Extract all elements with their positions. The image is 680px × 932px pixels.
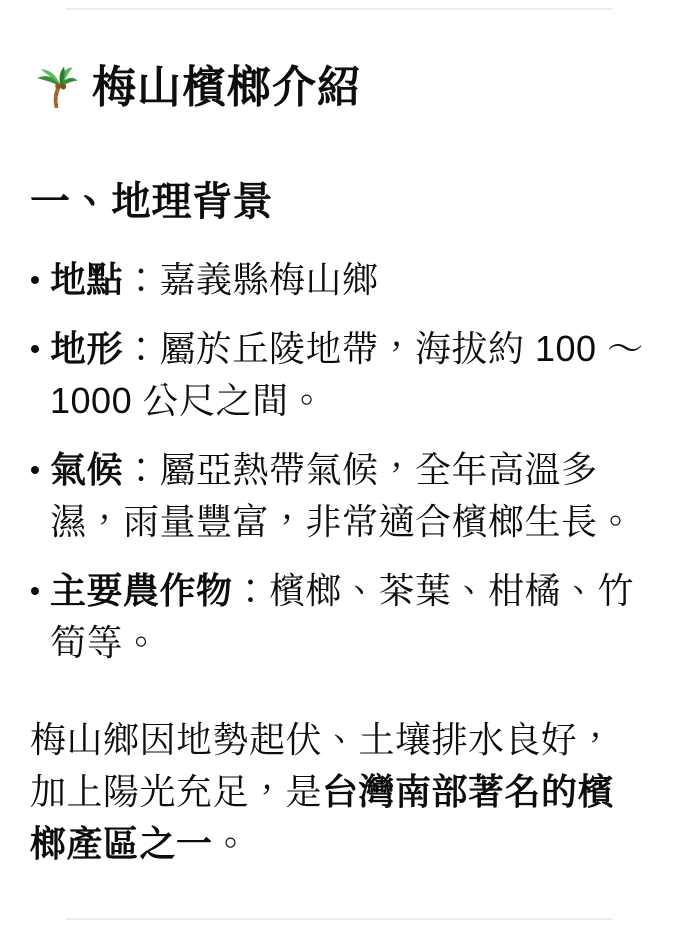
bullet-icon bbox=[31, 276, 39, 284]
list-item-crops: 主要農作物：檳榔、茶葉、柑橘、竹筍等。 bbox=[30, 565, 650, 669]
bullet-term: 主要農作物 bbox=[50, 570, 233, 611]
list-item-terrain: 地形：屬於丘陵地帶，海拔約 100 ～ 1000 公尺之間。 bbox=[30, 323, 650, 427]
document-page: 梅山檳榔介紹 一、地理背景 地點：嘉義縣梅山鄉 地形：屬於丘陵地帶，海拔約 10… bbox=[0, 8, 680, 932]
section-heading: 一、地理背景 bbox=[30, 176, 650, 228]
bullet-icon bbox=[31, 466, 39, 474]
list-item-climate: 氣候：屬亞熱帶氣候，全年高溫多濕，雨量豐富，非常適合檳榔生長。 bbox=[30, 444, 650, 548]
bullet-icon bbox=[31, 345, 39, 353]
page-title-text: 梅山檳榔介紹 bbox=[92, 60, 362, 116]
bullet-text: ：屬於丘陵地帶，海拔約 100 ～ 1000 公尺之間。 bbox=[50, 328, 644, 421]
closing-paragraph: 梅山鄉因地勢起伏、土壤排水良好，加上陽光充足，是台灣南部著名的檳榔產區之一。 bbox=[30, 714, 650, 870]
list-item-location: 地點：嘉義縣梅山鄉 bbox=[30, 254, 650, 306]
page-title: 梅山檳榔介紹 bbox=[30, 60, 650, 116]
document-content: 梅山檳榔介紹 一、地理背景 地點：嘉義縣梅山鄉 地形：屬於丘陵地帶，海拔約 10… bbox=[0, 60, 680, 870]
bullet-text: ：屬亞熱帶氣候，全年高溫多濕，雨量豐富，非常適合檳榔生長。 bbox=[50, 449, 634, 542]
bullet-term: 氣候 bbox=[50, 449, 123, 490]
bullet-icon bbox=[31, 587, 39, 595]
closing-period: 。 bbox=[213, 823, 250, 864]
divider-bottom bbox=[66, 918, 613, 920]
bullet-term: 地點 bbox=[50, 259, 123, 300]
bullet-text: ：嘉義縣梅山鄉 bbox=[123, 259, 379, 300]
bullet-list: 地點：嘉義縣梅山鄉 地形：屬於丘陵地帶，海拔約 100 ～ 1000 公尺之間。… bbox=[30, 254, 650, 669]
bullet-term: 地形 bbox=[50, 328, 123, 369]
palm-tree-icon bbox=[30, 64, 78, 112]
divider-top bbox=[66, 8, 613, 10]
